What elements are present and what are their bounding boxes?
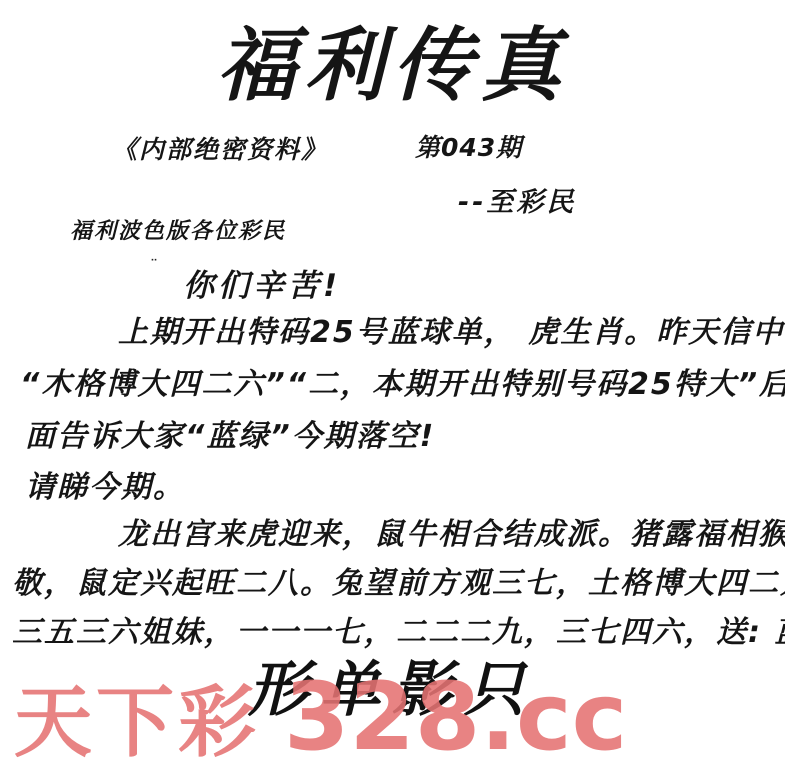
body-line-riddle-1: 龙出宫来虎迎来，鼠牛相合结成派。猪露福相猴相 (118, 509, 785, 553)
fax-document-page: 福利传真 《内部绝密资料》 第043期 --至彩民 福利波色版各位彩民 ¨ 你们… (0, 0, 785, 772)
watermark-site-name: 天下彩 (14, 660, 260, 772)
document-title: 福利传真 (0, 22, 785, 110)
dedication-line: --至彩民 (458, 180, 576, 219)
body-line-blue-green-miss: 面告诉大家“蓝绿”今期落空! (25, 411, 435, 455)
body-line-riddle-2: 敬，鼠定兴起旺二八。兔望前方观三七，土格博大四二九。 (12, 558, 785, 602)
site-watermark: 天下彩 328.cc (14, 660, 627, 772)
greeting-line: 你们辛苦! (183, 260, 341, 305)
watermark-site-domain: 328.cc (284, 663, 627, 772)
issue-number: 第043期 (415, 128, 522, 164)
body-line-quoted-tips: “木格博大四二六”“二，本期开出特别号码25特大”后 (20, 359, 785, 403)
salutation-line: 福利波色版各位彩民 (70, 214, 286, 245)
body-line-previous-result: 上期开出特码25号蓝球单， 虎生肖。昨天信中提供 (118, 307, 785, 351)
stray-ink-dots: ¨ (150, 256, 163, 275)
body-line-watch-this-issue: 请睇今期。 (25, 462, 185, 506)
classified-label: 《内部绝密资料》 (112, 130, 328, 166)
